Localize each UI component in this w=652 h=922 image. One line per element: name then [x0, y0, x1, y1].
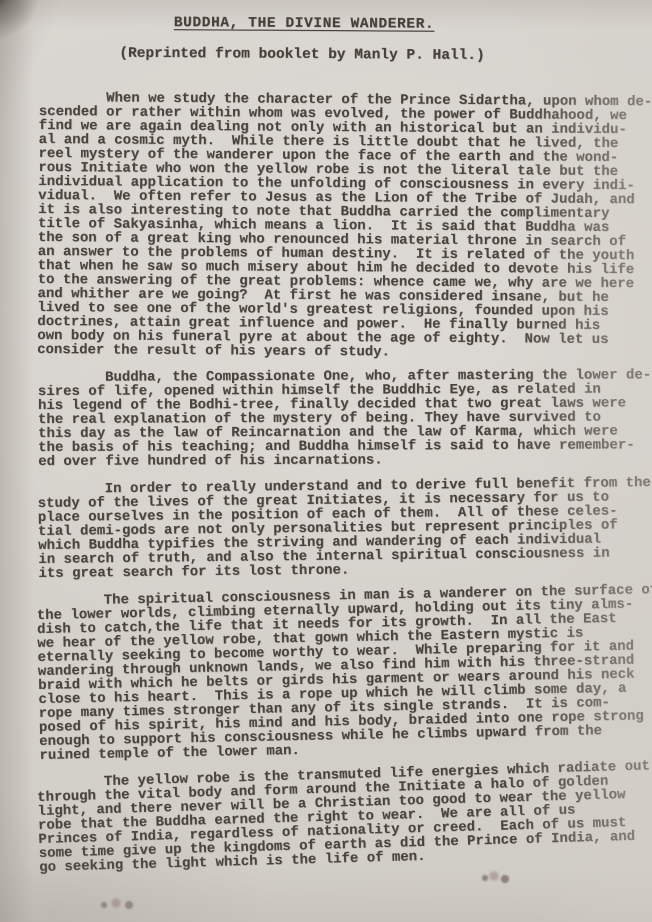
- ink-smudge: [98, 896, 140, 914]
- paragraph-2: Buddha, the Compassionate One, who, afte…: [38, 368, 644, 469]
- paragraph-1: When we study the character of the Princ…: [37, 91, 645, 361]
- text-line: ed over five hundred of his incarnations…: [38, 452, 644, 469]
- document-title: BUDDHA, THE DIVINE WANDERER.: [0, 14, 652, 34]
- document-subtitle: (Reprinted from booklet by Manly P. Hall…: [0, 45, 652, 65]
- scanned-document-page: BUDDHA, THE DIVINE WANDERER. (Reprinted …: [0, 0, 652, 922]
- paragraph-4: The spiritual consciousness in man is a …: [36, 583, 645, 763]
- paragraph-3: In order to really understand and to der…: [37, 476, 644, 581]
- paragraph-5: The yellow robe is the transmuted life e…: [37, 760, 646, 875]
- document-body: When we study the character of the Princ…: [38, 91, 644, 889]
